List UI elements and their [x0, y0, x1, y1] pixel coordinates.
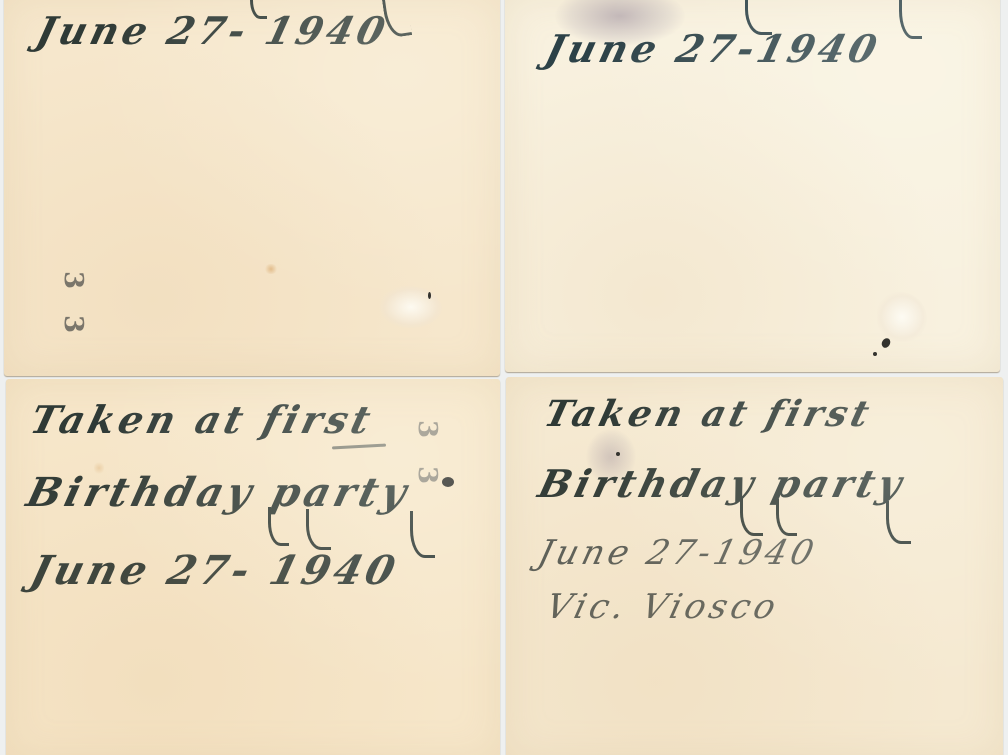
handwriting-descender	[740, 497, 763, 536]
handwritten-date: June 27- 1940	[32, 8, 394, 53]
handwriting-descender	[886, 501, 911, 544]
paper-scuff	[877, 292, 927, 342]
handwritten-line-1: Taken at first	[540, 393, 877, 435]
age-stain	[94, 461, 104, 475]
handwritten-name: Vic. Viosco	[542, 587, 784, 627]
handwritten-line-3: June 27- 1940	[26, 547, 404, 594]
numeric-stamp: 3	[415, 420, 439, 438]
ink-speck	[873, 352, 877, 356]
paper-scuff	[380, 286, 442, 328]
handwriting-descender	[268, 507, 289, 546]
ink-speck	[616, 452, 620, 456]
numeric-stamp: 3	[415, 466, 439, 484]
photo-back-top-left: June 27- 1940 3 3	[4, 0, 500, 376]
numeric-stamp: 3	[61, 315, 85, 333]
underline-mark	[332, 444, 386, 450]
photo-back-bottom-left: Taken at first 3 3 Birthday party June 2…	[6, 379, 500, 755]
handwriting-descender	[899, 0, 922, 39]
numeric-stamp: 3	[61, 271, 85, 289]
handwriting-descender	[410, 511, 435, 558]
handwritten-line-1: Taken at first	[26, 397, 379, 442]
age-stain	[264, 264, 278, 274]
handwritten-line-3: June 27-1940	[534, 533, 822, 573]
handwritten-line-2: Birthday party	[534, 461, 910, 506]
photo-back-top-right: June 27-1940	[505, 0, 1000, 372]
handwriting-descender	[306, 509, 331, 550]
handwritten-line-2: Birthday party	[22, 469, 415, 516]
ink-blot	[442, 477, 454, 487]
handwritten-date: June 27-1940	[541, 26, 885, 71]
handwriting-descender	[776, 499, 797, 536]
photo-back-bottom-right: Taken at first Birthday party June 27-19…	[506, 377, 1003, 755]
ink-speck	[428, 292, 431, 299]
